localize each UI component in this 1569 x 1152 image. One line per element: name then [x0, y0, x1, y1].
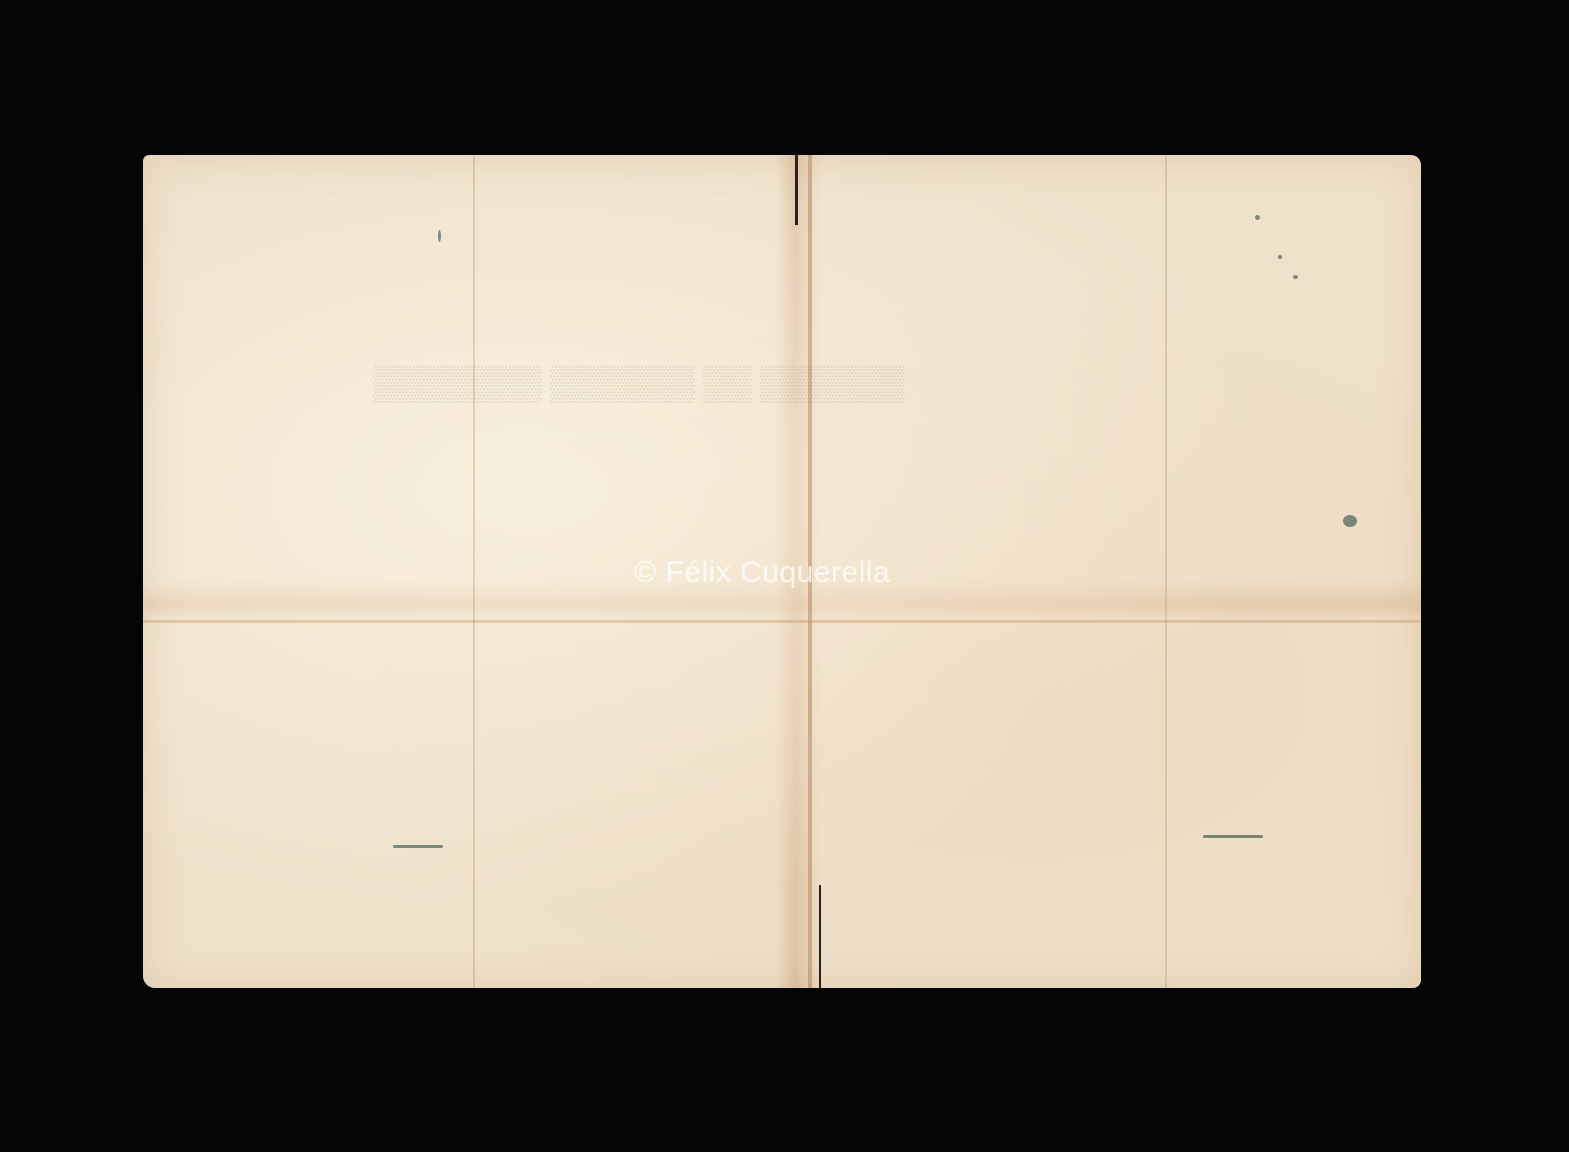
ink-speck [1343, 515, 1357, 527]
ink-speck [1278, 255, 1282, 259]
fold-line-horizontal [143, 620, 1421, 623]
top-tear [795, 155, 798, 225]
fold-line-vertical-left [473, 155, 475, 988]
copyright-watermark: © Félix Cuquerella [634, 556, 890, 590]
ink-speck [438, 230, 441, 242]
bottom-tear [819, 885, 821, 988]
ink-speck [1293, 275, 1298, 279]
ink-speck [1255, 215, 1260, 220]
fold-line-vertical-right [1165, 155, 1167, 988]
ink-speck-row [1203, 835, 1263, 838]
ink-speck-row [393, 845, 443, 848]
faint-show-through-print: ▒▒▒▒▒▒▒ ▒▒▒▒▒▒ ▒▒ ▒▒▒▒▒▒ [373, 365, 904, 403]
